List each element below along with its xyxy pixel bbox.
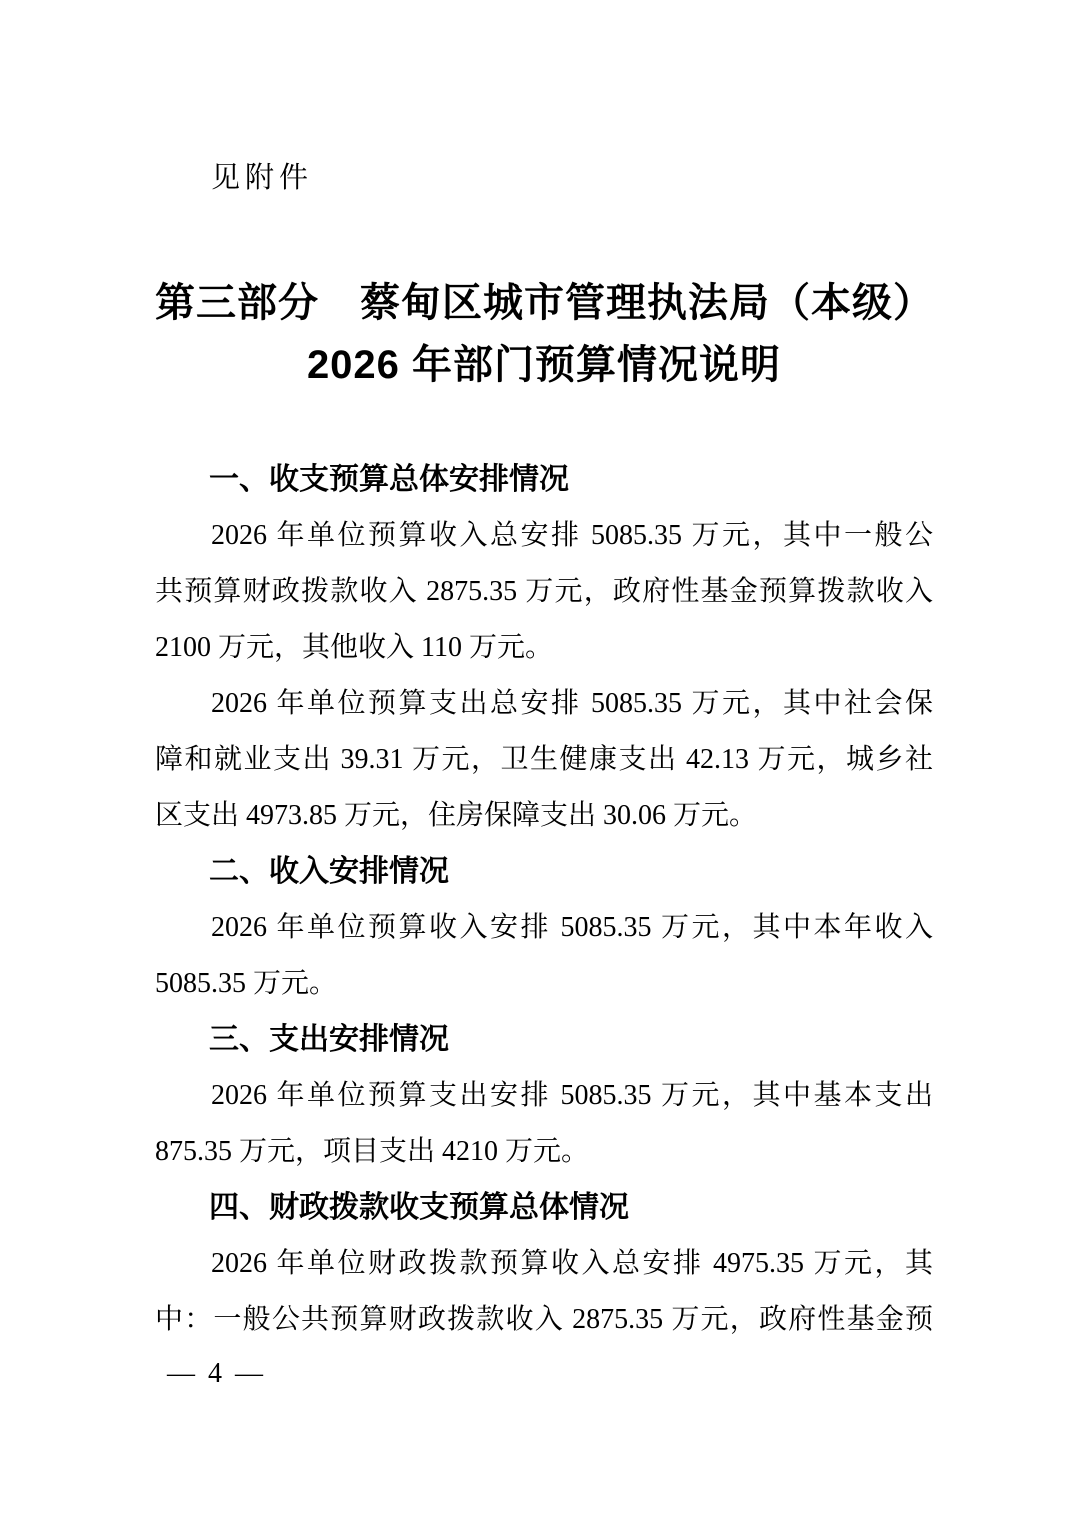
page-number: — 4 — — [167, 1356, 266, 1392]
document-title: 第三部分 蔡甸区城市管理执法局（本级） 2026 年部门预算情况说明 — [155, 272, 933, 396]
section-heading: 三、支出安排情况 — [155, 1012, 933, 1068]
document-body: 一、收支预算总体安排情况2026 年单位预算收入总安排 5085.35 万元，其… — [155, 452, 933, 1348]
body-line: 共预算财政拨款收入 2875.35 万元，政府性基金预算拨款收入 — [155, 564, 933, 620]
body-line: 2026 年单位预算收入总安排 5085.35 万元，其中一般公 — [155, 508, 933, 564]
page-content: 见附件 第三部分 蔡甸区城市管理执法局（本级） 2026 年部门预算情况说明 一… — [155, 0, 933, 1348]
body-line: 中：一般公共预算财政拨款收入 2875.35 万元，政府性基金预 — [155, 1292, 933, 1348]
document-title-line2: 2026 年部门预算情况说明 — [155, 334, 933, 396]
body-line: 障和就业支出 39.31 万元，卫生健康支出 42.13 万元，城乡社 — [155, 732, 933, 788]
document-page: 见附件 第三部分 蔡甸区城市管理执法局（本级） 2026 年部门预算情况说明 一… — [0, 0, 1074, 1520]
section-heading: 四、财政拨款收支预算总体情况 — [155, 1180, 933, 1236]
section-heading: 一、收支预算总体安排情况 — [155, 452, 933, 508]
section-heading: 二、收入安排情况 — [155, 844, 933, 900]
body-line: 2026 年单位财政拨款预算收入总安排 4975.35 万元，其 — [155, 1236, 933, 1292]
document-title-line1: 第三部分 蔡甸区城市管理执法局（本级） — [155, 272, 933, 334]
body-line: 2026 年单位预算收入安排 5085.35 万元，其中本年收入 — [155, 900, 933, 956]
attachment-note: 见附件 — [155, 160, 933, 196]
body-line: 5085.35 万元。 — [155, 956, 933, 1012]
body-line: 875.35 万元，项目支出 4210 万元。 — [155, 1124, 933, 1180]
body-line: 2026 年单位预算支出总安排 5085.35 万元，其中社会保 — [155, 676, 933, 732]
body-line: 2026 年单位预算支出安排 5085.35 万元，其中基本支出 — [155, 1068, 933, 1124]
body-line: 区支出 4973.85 万元，住房保障支出 30.06 万元。 — [155, 788, 933, 844]
body-line: 2100 万元，其他收入 110 万元。 — [155, 620, 933, 676]
